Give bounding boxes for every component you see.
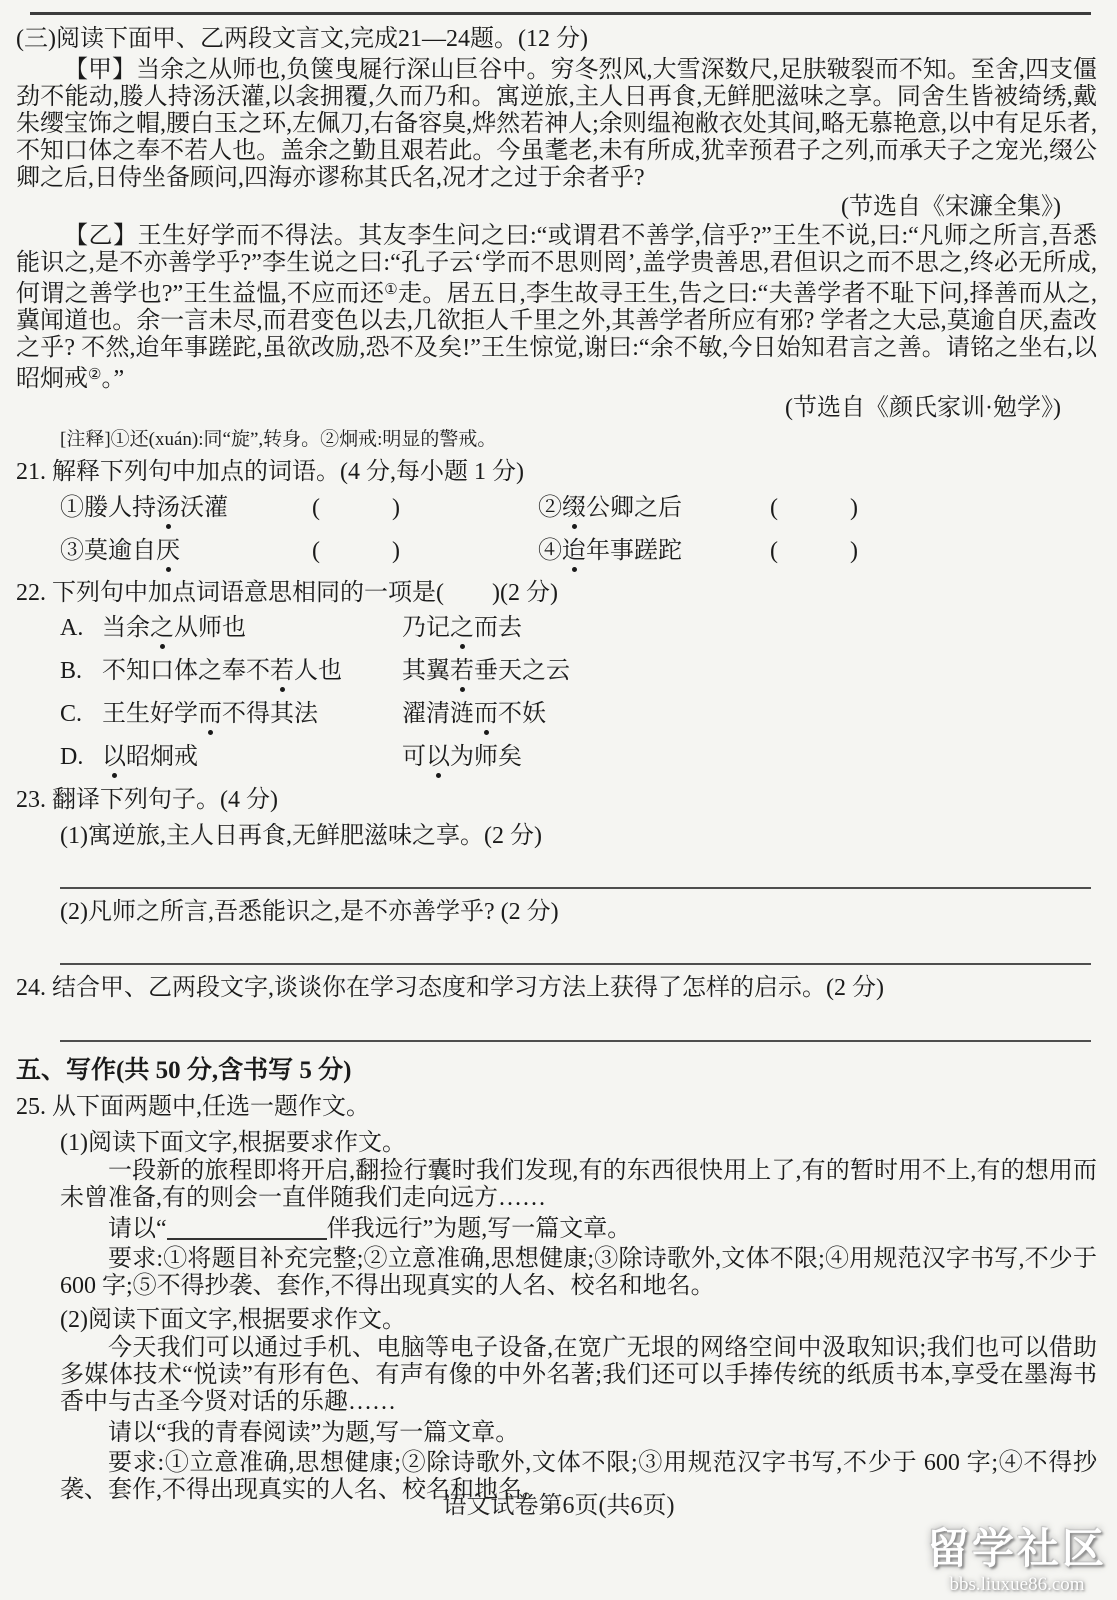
- section-5-header: 五、写作(共 50 分,含书写 5 分): [16, 1054, 1097, 1088]
- item-num: ④: [538, 538, 562, 564]
- option-text: 濯清涟: [402, 701, 474, 727]
- q23-header: 23. 翻译下列句子。(4 分): [16, 785, 1097, 816]
- option-text: 从师也: [174, 615, 246, 641]
- passage-yi-source: (节选自《颜氏家训·勉学》): [16, 393, 1097, 424]
- exam-page: (三)阅读下面甲、乙两段文言文,完成21—24题。(12 分) 【甲】当余之从师…: [0, 0, 1117, 1600]
- option-text: 为师矣: [450, 744, 522, 770]
- option-left-phrase: 当余之从师也: [102, 615, 402, 642]
- option-text: 其翼: [402, 658, 450, 684]
- q25-topic1-text: 一段新的旅程即将开启,翻捡行囊时我们发现,有的东西很快用上了,有的暂时用不上,有…: [60, 1158, 1097, 1212]
- footnotes-line: [注释]①还(xuán):同“旋”,转身。②炯戒:明显的警戒。: [16, 426, 1097, 453]
- answer-line-1: [60, 887, 1091, 889]
- option-text: 可: [402, 744, 426, 770]
- watermark: 留学社区 bbs.liuxue86.com: [927, 1526, 1107, 1596]
- q24-text: 24. 结合甲、乙两段文字,谈谈你在学习态度和学习方法上获得了怎样的启示。(2 …: [16, 973, 1097, 1004]
- q21-item-4: ④迨年事蹉跎 ( ): [538, 538, 858, 565]
- q25-topic1-title: 请以“伴我远行”为题,写一篇文章。: [60, 1212, 1097, 1246]
- dotted-char: 汤: [156, 495, 180, 521]
- q22-option-c: C. 王生好学而不得其法 濯清涟而不妖: [60, 701, 1097, 738]
- passage-yi: 【乙】王生好学而不得法。其友李生问之曰:“或谓君不善学,信乎?”王生不说,曰:“…: [16, 223, 1097, 393]
- q21-item-1-phrase: ①媵人持汤沃灌: [60, 495, 312, 522]
- option-right-phrase: 可以为师矣: [402, 744, 522, 771]
- q21-item-2-phrase: ②缀公卿之后: [538, 495, 770, 522]
- q22-option-b: B. 不知口体之奉不若人也 其翼若垂天之云: [60, 658, 1097, 695]
- q23-sub1: (1)寓逆旅,主人日再食,无鲜肥滋味之享。(2 分): [60, 821, 1097, 851]
- q25-topic2-title: 请以“我的青春阅读”为题,写一篇文章。: [60, 1416, 1097, 1450]
- answer-line-3: [60, 1040, 1091, 1042]
- page-footer: 语文试卷第6页(共6页): [0, 1485, 1117, 1520]
- q21-header: 21. 解释下列句中加点的词语。(4 分,每小题 1 分): [16, 457, 1097, 488]
- dotted-char: 而: [198, 701, 222, 727]
- item-num: ②: [538, 495, 562, 521]
- q21-item-2: ②缀公卿之后 ( ): [538, 495, 858, 522]
- option-text: 垂天之云: [474, 658, 570, 684]
- q21-item-3-phrase: ③莫逾自厌: [60, 538, 312, 565]
- option-label: D.: [60, 744, 102, 771]
- option-right-phrase: 乃记之而去: [402, 615, 522, 642]
- option-text: 昭炯戒: [126, 744, 198, 770]
- footnote-ref-2: ②: [88, 367, 101, 383]
- option-text: 人也: [294, 658, 342, 684]
- option-label: A.: [60, 615, 102, 642]
- passage-yi-seg-3: 。”: [101, 366, 124, 392]
- option-text: 乃记: [402, 615, 450, 641]
- option-text: 不得其法: [222, 701, 318, 727]
- option-text: 不知口体之奉不: [102, 658, 270, 684]
- q25-topic2-text: 今天我们可以通过手机、电脑等电子设备,在宽广无垠的网络空间中汲取知识;我们也可以…: [60, 1335, 1097, 1416]
- q25-topic1-requirements: 要求:①将题目补充完整;②立意准确,思想健康;③除诗歌外,文体不限;④用规范汉字…: [60, 1246, 1097, 1300]
- item-num: ③: [60, 538, 84, 564]
- option-right-phrase: 濯清涟而不妖: [402, 701, 546, 728]
- top-rule-divider: [30, 12, 1091, 15]
- answer-paren: ( ): [312, 538, 400, 565]
- option-label: B.: [60, 658, 102, 685]
- q25-topic2-head: (2)阅读下面文字,根据要求作文。: [60, 1305, 1097, 1335]
- passage-jia: 【甲】当余之从师也,负箧曳屣行深山巨谷中。穷冬烈风,大雪深数尺,足肤皲裂而不知。…: [16, 57, 1097, 192]
- answer-paren: ( ): [770, 538, 858, 565]
- q22-option-d: D. 以昭炯戒 可以为师矣: [60, 744, 1097, 781]
- item-text: 公卿之后: [586, 495, 682, 521]
- dotted-char: 厌: [156, 538, 180, 564]
- dotted-char: 迨: [562, 538, 586, 564]
- dotted-char: 之: [150, 615, 174, 641]
- item-text: 年事蹉跎: [586, 538, 682, 564]
- option-text: 当余: [102, 615, 150, 641]
- option-text: 不妖: [498, 701, 546, 727]
- q21-row-2: ③莫逾自厌 ( ) ④迨年事蹉跎 ( ): [60, 538, 1097, 574]
- option-text: 王生好学: [102, 701, 198, 727]
- title-blank-line: [167, 1238, 327, 1240]
- dotted-char: 以: [426, 744, 450, 770]
- exam-content: (三)阅读下面甲、乙两段文言文,完成21—24题。(12 分) 【甲】当余之从师…: [16, 24, 1097, 1504]
- dotted-char: 若: [450, 658, 474, 684]
- option-left-phrase: 不知口体之奉不若人也: [102, 658, 402, 685]
- watermark-url: bbs.liuxue86.com: [927, 1574, 1107, 1596]
- dotted-char: 若: [270, 658, 294, 684]
- q25-topic1-head: (1)阅读下面文字,根据要求作文。: [60, 1128, 1097, 1158]
- dotted-char: 之: [450, 615, 474, 641]
- section-3-header: (三)阅读下面甲、乙两段文言文,完成21—24题。(12 分): [16, 24, 1097, 54]
- option-left-phrase: 以昭炯戒: [102, 744, 402, 771]
- q22-header: 22. 下列句中加点词语意思相同的一项是( )(2 分): [16, 578, 1097, 609]
- option-right-phrase: 其翼若垂天之云: [402, 658, 570, 685]
- dotted-char: 缀: [562, 495, 586, 521]
- q23-sub2: (2)凡师之所言,吾悉能识之,是不亦善学乎? (2 分): [60, 897, 1097, 927]
- option-text: 而去: [474, 615, 522, 641]
- footnote-ref-1: ①: [384, 282, 398, 298]
- answer-paren: ( ): [770, 495, 858, 522]
- dotted-char: 以: [102, 744, 126, 770]
- title-prefix: 请以“: [108, 1216, 167, 1242]
- title-suffix: 伴我远行”为题,写一篇文章。: [327, 1216, 632, 1242]
- q25-lead: 25. 从下面两题中,任选一题作文。: [16, 1092, 1097, 1123]
- answer-paren: ( ): [312, 495, 400, 522]
- answer-line-2: [60, 963, 1091, 965]
- q21-item-3: ③莫逾自厌 ( ): [60, 538, 538, 565]
- option-label: C.: [60, 701, 102, 728]
- item-text: 沃灌: [180, 495, 228, 521]
- item-text: 媵人持: [84, 495, 156, 521]
- q22-option-a: A. 当余之从师也 乃记之而去: [60, 615, 1097, 652]
- option-left-phrase: 王生好学而不得其法: [102, 701, 402, 728]
- item-text: 莫逾自: [84, 538, 156, 564]
- q21-item-1: ①媵人持汤沃灌 ( ): [60, 495, 538, 522]
- dotted-char: 而: [474, 701, 498, 727]
- passage-jia-source: (节选自《宋濂全集》): [16, 192, 1097, 223]
- q21-item-4-phrase: ④迨年事蹉跎: [538, 538, 770, 565]
- item-num: ①: [60, 495, 84, 521]
- q21-row-1: ①媵人持汤沃灌 ( ) ②缀公卿之后 ( ): [60, 495, 1097, 531]
- watermark-site-name: 留学社区: [927, 1526, 1107, 1574]
